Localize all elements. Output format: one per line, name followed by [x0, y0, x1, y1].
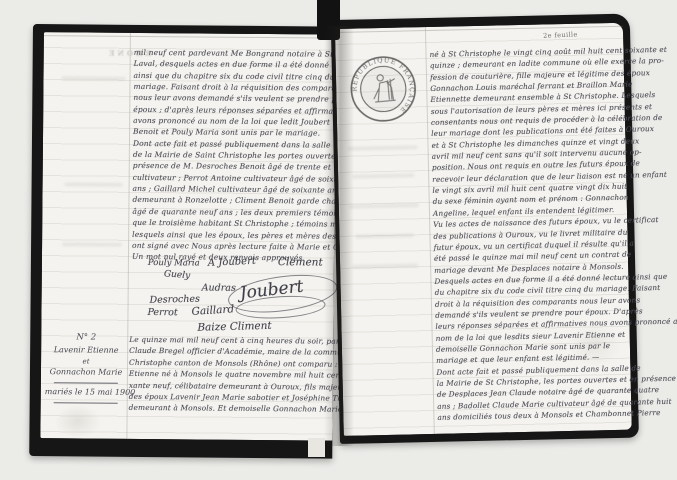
binding-clip — [317, 0, 340, 40]
bleed-through-mark — [349, 203, 419, 209]
margin-marriage-date: mariés le 15 mai 1900 — [45, 386, 127, 399]
handwriting-block-left-bottom: Le quinze mai mil neuf cent à cinq heure… — [129, 334, 336, 416]
bleed-through-mark — [62, 242, 122, 247]
book-cover-left: RHONE mil neuf cent pardevant Me Bongran… — [29, 24, 336, 459]
book-cover-right: 2e feuille RÉPUBLIQUE FRANÇAISE — [331, 14, 639, 444]
bleed-through-mark — [352, 263, 418, 268]
folio-label: 2e feuille — [543, 30, 578, 39]
signature: Desroches — [149, 294, 200, 306]
margin-conjunction: et — [45, 356, 127, 367]
signature: A Joubert — [208, 256, 256, 269]
handwriting-block-left: mil neuf cent pardevant Me Bongrand nota… — [132, 47, 336, 264]
left-page: RHONE mil neuf cent pardevant Me Bongran… — [40, 32, 336, 441]
margin-bride-name: Gonnachon Marie — [45, 366, 127, 379]
handwriting-line: demeurant à Monsols. Et demoiselle Gonna… — [129, 402, 335, 415]
republique-francaise-stamp-icon: RÉPUBLIQUE FRANÇAISE — [343, 49, 423, 129]
signature: Guely — [163, 269, 190, 281]
bleed-through-mark — [348, 145, 418, 151]
margin-underline — [54, 382, 118, 384]
bleed-through-mark — [62, 76, 126, 81]
paper-stain — [54, 404, 100, 438]
signature: Gaillard — [191, 303, 234, 318]
cover-gap-notch — [308, 438, 325, 457]
signature: Perrot — [147, 307, 177, 318]
registry-book-scan: RHONE mil neuf cent pardevant Me Bongran… — [0, 0, 677, 480]
handwriting-block-right: né à St Christophe le vingt cinq août mi… — [429, 45, 630, 423]
signatures-block: Pouly MariaA JoubertClementGuelyAudrasDe… — [141, 255, 332, 339]
signature: Audras — [202, 282, 236, 293]
bleed-through-mark — [65, 182, 123, 187]
signature: Clement — [278, 256, 323, 268]
margin-note: N° 2 Lavenir Etienne et Gonnachon Marie … — [45, 331, 128, 407]
margin-groom-name: Lavenir Etienne — [45, 344, 127, 357]
bleed-through-mark — [352, 173, 414, 178]
signature: Baize Climent — [197, 320, 272, 334]
margin-underline — [54, 402, 118, 404]
signature: Pouly Maria — [148, 258, 200, 268]
right-page: 2e feuille RÉPUBLIQUE FRANÇAISE — [335, 23, 632, 436]
act-number: N° 2 — [45, 331, 127, 345]
bleed-through-mark — [355, 233, 413, 238]
